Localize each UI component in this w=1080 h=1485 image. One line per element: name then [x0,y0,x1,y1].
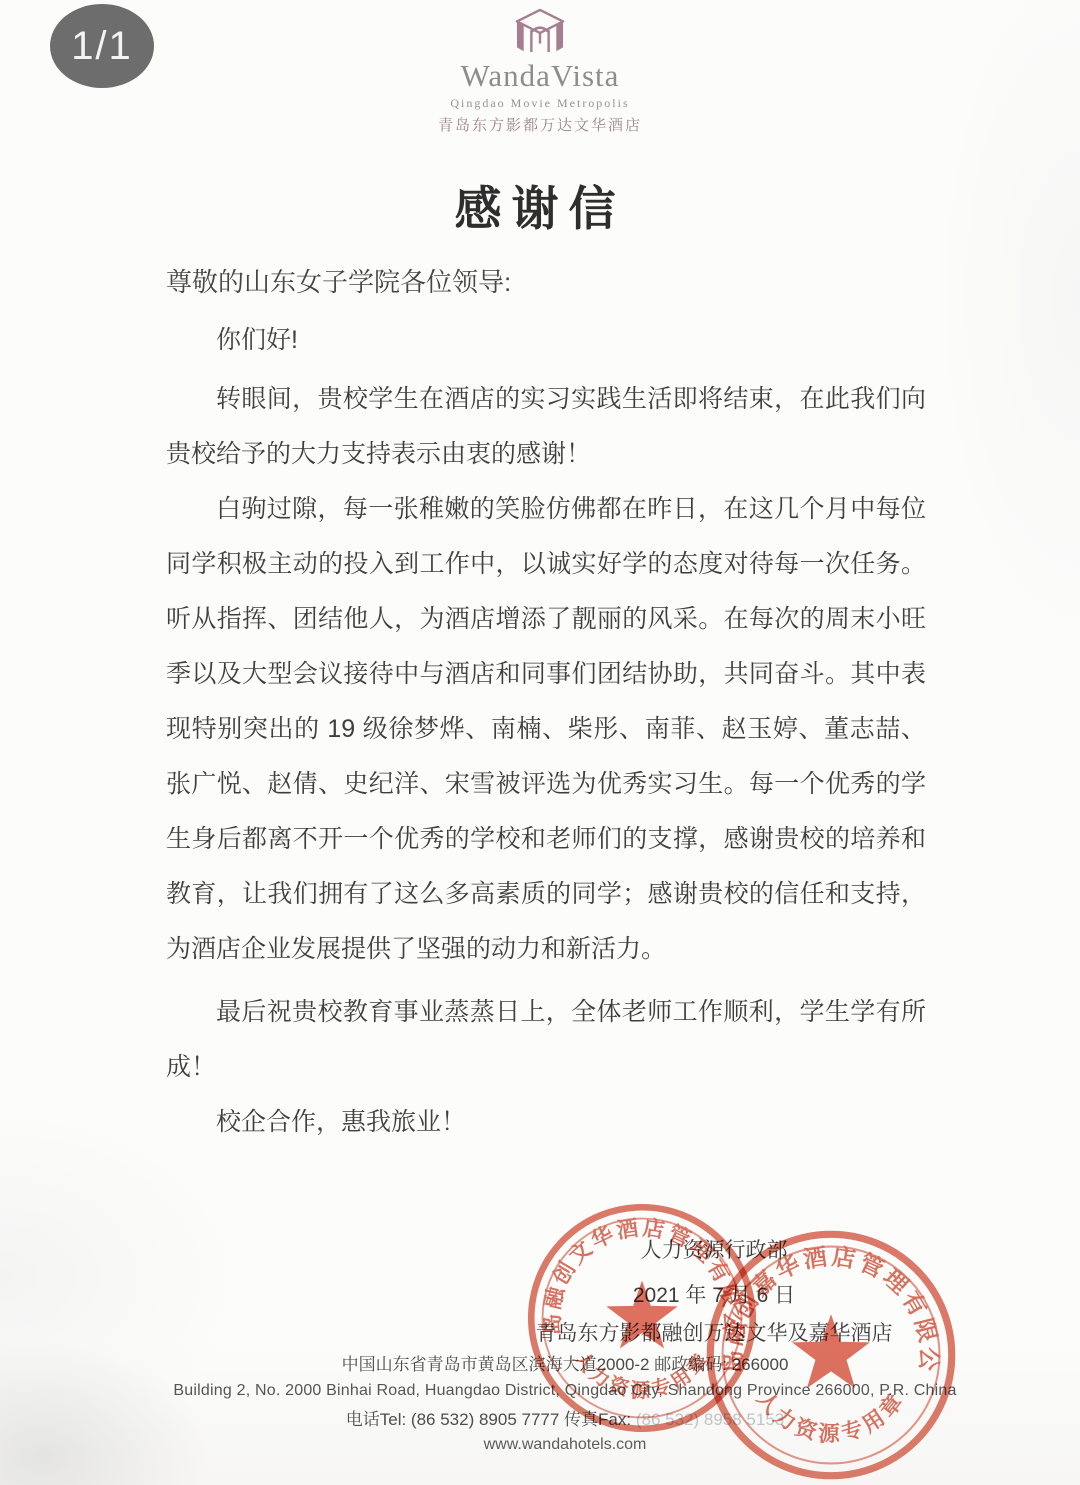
closing-line: 校企合作，惠我旅业！ [166,1095,926,1150]
brand-wordmark: WandaVista [0,58,1080,94]
hotel-logo-block: WandaVista Qingdao Movie Metropolis 青岛东方… [0,8,1080,135]
letter-title: 感谢信 [0,172,1080,239]
letter-body: 转眼间，贵校学生在酒店的实习实践生活即将结束，在此我们向贵校给予的大力支持表示由… [166,372,926,977]
star-icon [792,1314,870,1388]
seal-bottom-text: 人力资源专用章 [752,1386,910,1446]
brand-tagline: Qingdao Movie Metropolis [0,96,1080,111]
paragraph: 白驹过隙，每一张稚嫩的笑脸仿佛都在昨日，在这几个月中每位同学积极主动的投入到工作… [166,482,926,977]
page-indicator-label: 1/1 [71,24,133,69]
greeting: 你们好! [166,320,298,356]
letter-closing: 最后祝贵校教育事业蒸蒸日上，全体老师工作顺利，学生学有所成！ 校企合作，惠我旅业… [166,985,926,1150]
paragraph: 转眼间，贵校学生在酒店的实习实践生活即将结束，在此我们向贵校给予的大力支持表示由… [166,372,926,482]
wanda-vista-pavilion-icon [511,8,569,56]
page-indicator-badge: 1/1 [50,4,154,88]
closing-line: 最后祝贵校教育事业蒸蒸日上，全体老师工作顺利，学生学有所成！ [166,985,926,1095]
star-icon [606,1280,677,1348]
svg-text:人力资源专用章: 人力资源专用章 [752,1386,910,1446]
salutation: 尊敬的山东女子学院各位领导: [166,262,511,299]
hr-seal-right: 青岛融创嘉华酒店管理有限公司 人力资源专用章 [698,1222,964,1485]
svg-text:人力资源专用章: 人力资源专用章 [569,1347,714,1402]
hotel-name-chinese: 青岛东方影都万达文华酒店 [0,114,1080,135]
seal-bottom-text: 人力资源专用章 [569,1347,714,1402]
